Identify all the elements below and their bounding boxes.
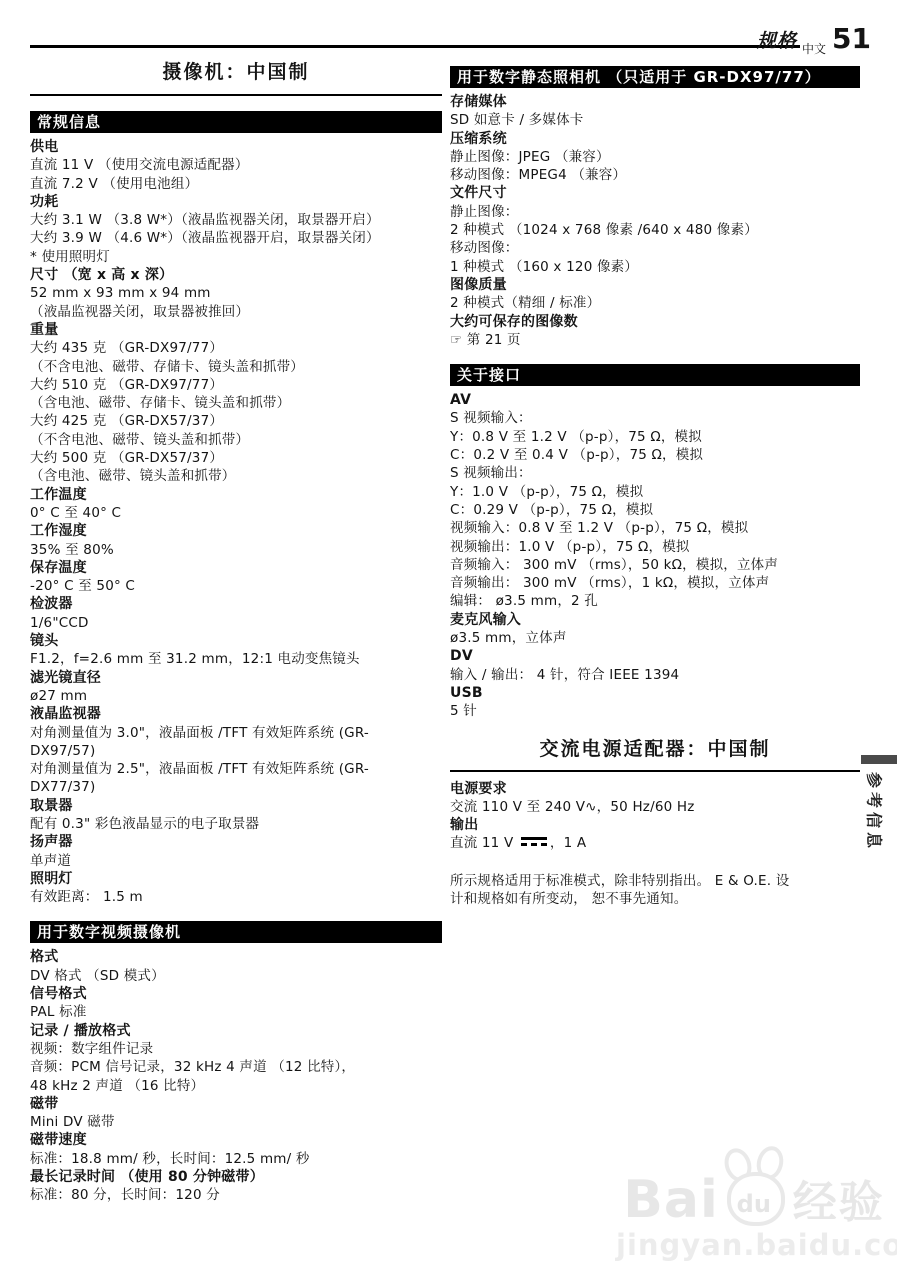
disclaimer-line: 计和规格如有所变动， 恕不事先通知。: [450, 890, 860, 908]
section-header-bar: 常规信息: [30, 111, 442, 133]
spec-value: 静止图像：: [450, 203, 860, 221]
adapter-title: 交流电源适配器：中国制: [450, 734, 860, 772]
manual-page: 规格 中文 51 摄像机：中国制 常规信息供电直流 11 V （使用交流电源适配…: [0, 0, 897, 1280]
spec-value: 大约 425 克 （GR-DX57/37）: [30, 412, 442, 430]
spec-label: 压缩系统: [450, 130, 860, 148]
spec-value: 视频：数字组件记录: [30, 1040, 442, 1058]
spec-label: 工作温度: [30, 486, 442, 504]
spec-value: 大约 3.9 W （4.6 W*）（液晶监视器开启，取景器关闭）: [30, 229, 442, 247]
watermark-paw-text: du: [723, 1190, 785, 1218]
spec-label: 磁带速度: [30, 1131, 442, 1149]
reference-tab-bar: [861, 755, 897, 764]
spec-value: DV 格式 （SD 模式）: [30, 967, 442, 985]
spec-value: DX77/37): [30, 778, 442, 796]
spec-label: USB: [450, 684, 860, 702]
spec-value: 视频输入：0.8 V 至 1.2 V （p-p），75 Ω，模拟: [450, 519, 860, 537]
spec-label: 功耗: [30, 193, 442, 211]
spec-value: F1.2，f=2.6 mm 至 31.2 mm，12:1 电动变焦镜头: [30, 650, 442, 668]
section-header-bar: 关于接口: [450, 364, 860, 386]
spec-value: 配有 0.3" 彩色液晶显示的电子取景器: [30, 815, 442, 833]
section-header-bar: 用于数字视频摄像机: [30, 921, 442, 943]
spec-value: -20° C 至 50° C: [30, 577, 442, 595]
spec-label: 滤光镜直径: [30, 669, 442, 687]
spec-value: （液晶监视器关闭，取景器被推回）: [30, 303, 442, 321]
spec-value: 大约 3.1 W （3.8 W*）（液晶监视器关闭，取景器开启）: [30, 211, 442, 229]
spec-value: ø3.5 mm，立体声: [450, 629, 860, 647]
spec-value: ø27 mm: [30, 687, 442, 705]
spec-value: 对角测量值为 2.5"，液晶面板 /TFT 有效矩阵系统 (GR-: [30, 760, 442, 778]
spec-value: ，1 A: [550, 835, 586, 851]
page-number: 51: [832, 22, 871, 55]
spec-value: * 使用照明灯: [30, 248, 442, 266]
spec-value: 2 种模式（精细 / 标准）: [450, 294, 860, 312]
spec-value: （含电池、磁带、镜头盖和抓带）: [30, 467, 442, 485]
spec-value: 35% 至 80%: [30, 541, 442, 559]
spec-value: 编辑： ø3.5 mm，2 孔: [450, 592, 860, 610]
spec-value: Y：0.8 V 至 1.2 V （p-p），75 Ω，模拟: [450, 428, 860, 446]
spec-value: 2 种模式 （1024 x 768 像素 /640 x 480 像素）: [450, 221, 860, 239]
spec-label: 电源要求: [450, 780, 860, 798]
watermark-url: jingyan.baidu.com: [616, 1228, 892, 1262]
spec-value: 静止图像：JPEG （兼容）: [450, 148, 860, 166]
spec-value: 单声道: [30, 852, 442, 870]
spec-label: 记录 / 播放格式: [30, 1022, 442, 1040]
left-column-blocks: 常规信息供电直流 11 V （使用交流电源适配器）直流 7.2 V （使用电池组…: [30, 111, 442, 1205]
spec-value: 直流 11 V ，1 A: [450, 834, 860, 852]
spec-value: 标准：80 分，长时间：120 分: [30, 1186, 442, 1204]
spec-value: （不含电池、磁带、镜头盖和抓带）: [30, 431, 442, 449]
dc-symbol-icon: [521, 837, 547, 846]
spec-value: 大约 500 克 （GR-DX57/37）: [30, 449, 442, 467]
spec-label: 存储媒体: [450, 93, 860, 111]
watermark-brand-prefix: Bai: [623, 1174, 719, 1226]
baidu-jingyan-watermark: Bai du 经验 jingyan.baidu.com: [616, 1146, 892, 1262]
spec-value: 移动图像：MPEG4 （兼容）: [450, 166, 860, 184]
spec-label: 取景器: [30, 797, 442, 815]
spec-value: 5 针: [450, 702, 860, 720]
spec-label: 信号格式: [30, 985, 442, 1003]
spec-value: DX97/57): [30, 742, 442, 760]
spec-value: 音频：PCM 信号记录，32 kHz 4 声道 （12 比特），: [30, 1058, 442, 1076]
spec-label: 最长记录时间 （使用 80 分钟磁带）: [30, 1168, 442, 1186]
spec-value: 交流 110 V 至 240 V∿，50 Hz/60 Hz: [450, 798, 860, 816]
header-rule: [30, 45, 800, 48]
spec-value: 大约 435 克 （GR-DX97/77）: [30, 339, 442, 357]
watermark-brand-row: Bai du 经验: [616, 1146, 892, 1226]
spec-value: 1/6"CCD: [30, 614, 442, 632]
spec-value: S 视频输出：: [450, 464, 860, 482]
spec-value: 0° C 至 40° C: [30, 504, 442, 522]
baidu-paw-icon: du: [723, 1146, 789, 1226]
spec-label: 重量: [30, 321, 442, 339]
spec-label: 麦克风输入: [450, 611, 860, 629]
spec-value: 直流 11 V （使用交流电源适配器）: [30, 156, 442, 174]
spec-value: Mini DV 磁带: [30, 1113, 442, 1131]
spec-value: 大约 510 克 （GR-DX97/77）: [30, 376, 442, 394]
spec-label: 输出: [450, 816, 860, 834]
spec-value: 音频输入： 300 mV （rms），50 kΩ，模拟，立体声: [450, 556, 860, 574]
spec-label: 镜头: [30, 632, 442, 650]
spec-label: 检波器: [30, 595, 442, 613]
spec-value: 48 kHz 2 声道 （16 比特）: [30, 1077, 442, 1095]
spec-value: 直流 7.2 V （使用电池组）: [30, 175, 442, 193]
spec-label: 磁带: [30, 1095, 442, 1113]
spec-value: 直流 11 V: [450, 835, 518, 851]
reference-tab-label: 参考信息: [864, 772, 887, 852]
spec-value: ☞ 第 21 页: [450, 331, 860, 349]
right-column-blocks: 用于数字静态照相机 （只适用于 GR-DX97/77）存储媒体SD 如意卡 / …: [450, 66, 860, 908]
spec-label: 扬声器: [30, 833, 442, 851]
spec-label: 照明灯: [30, 870, 442, 888]
spec-value: （含电池、磁带、存储卡、镜头盖和抓带）: [30, 394, 442, 412]
spec-value: 标准：18.8 mm/ 秒，长时间：12.5 mm/ 秒: [30, 1150, 442, 1168]
spec-label: 文件尺寸: [450, 184, 860, 202]
watermark-brand-suffix: 经验: [793, 1180, 885, 1226]
spec-label: 供电: [30, 138, 442, 156]
disclaimer-line: 所示规格适用于标准模式，除非特别指出。 E & O.E. 设: [450, 872, 860, 890]
spec-label: DV: [450, 647, 860, 665]
spec-value: 对角测量值为 3.0"，液晶面板 /TFT 有效矩阵系统 (GR-: [30, 724, 442, 742]
camcorder-title: 摄像机：中国制: [30, 57, 442, 96]
spec-value: 1 种模式 （160 x 120 像素）: [450, 258, 860, 276]
spec-value: 输入 / 输出： 4 针，符合 IEEE 1394: [450, 666, 860, 684]
spec-value: （不含电池、磁带、存储卡、镜头盖和抓带）: [30, 358, 442, 376]
spec-value: 音频输出： 300 mV （rms），1 kΩ，模拟，立体声: [450, 574, 860, 592]
spec-label: 格式: [30, 948, 442, 966]
spec-value: PAL 标准: [30, 1003, 442, 1021]
section-header-bar: 用于数字静态照相机 （只适用于 GR-DX97/77）: [450, 66, 860, 88]
left-column: 摄像机：中国制 常规信息供电直流 11 V （使用交流电源适配器）直流 7.2 …: [30, 57, 442, 1205]
spec-value: 52 mm x 93 mm x 94 mm: [30, 284, 442, 302]
spec-value: 视频输出：1.0 V （p-p），75 Ω，模拟: [450, 538, 860, 556]
spec-label: 工作湿度: [30, 522, 442, 540]
spec-value: 移动图像：: [450, 239, 860, 257]
page-language-label: 中文: [802, 40, 826, 57]
spec-label: 保存温度: [30, 559, 442, 577]
page-section-title: 规格: [757, 26, 797, 53]
spec-label: AV: [450, 391, 860, 409]
disclaimer-paragraph: 所示规格适用于标准模式，除非特别指出。 E & O.E. 设计和规格如有所变动，…: [450, 872, 860, 909]
right-column: 用于数字静态照相机 （只适用于 GR-DX97/77）存储媒体SD 如意卡 / …: [450, 66, 860, 908]
spec-label: 图像质量: [450, 276, 860, 294]
spec-label: 尺寸 （宽 x 高 x 深）: [30, 266, 442, 284]
spec-label: 液晶监视器: [30, 705, 442, 723]
spec-label: 大约可保存的图像数: [450, 313, 860, 331]
spec-value: C：0.2 V 至 0.4 V （p-p），75 Ω，模拟: [450, 446, 860, 464]
spec-value: S 视频输入：: [450, 409, 860, 427]
spec-value: SD 如意卡 / 多媒体卡: [450, 111, 860, 129]
spec-value: C：0.29 V （p-p），75 Ω，模拟: [450, 501, 860, 519]
spec-value: Y：1.0 V （p-p），75 Ω，模拟: [450, 483, 860, 501]
spec-value: 有效距离： 1.5 m: [30, 888, 442, 906]
